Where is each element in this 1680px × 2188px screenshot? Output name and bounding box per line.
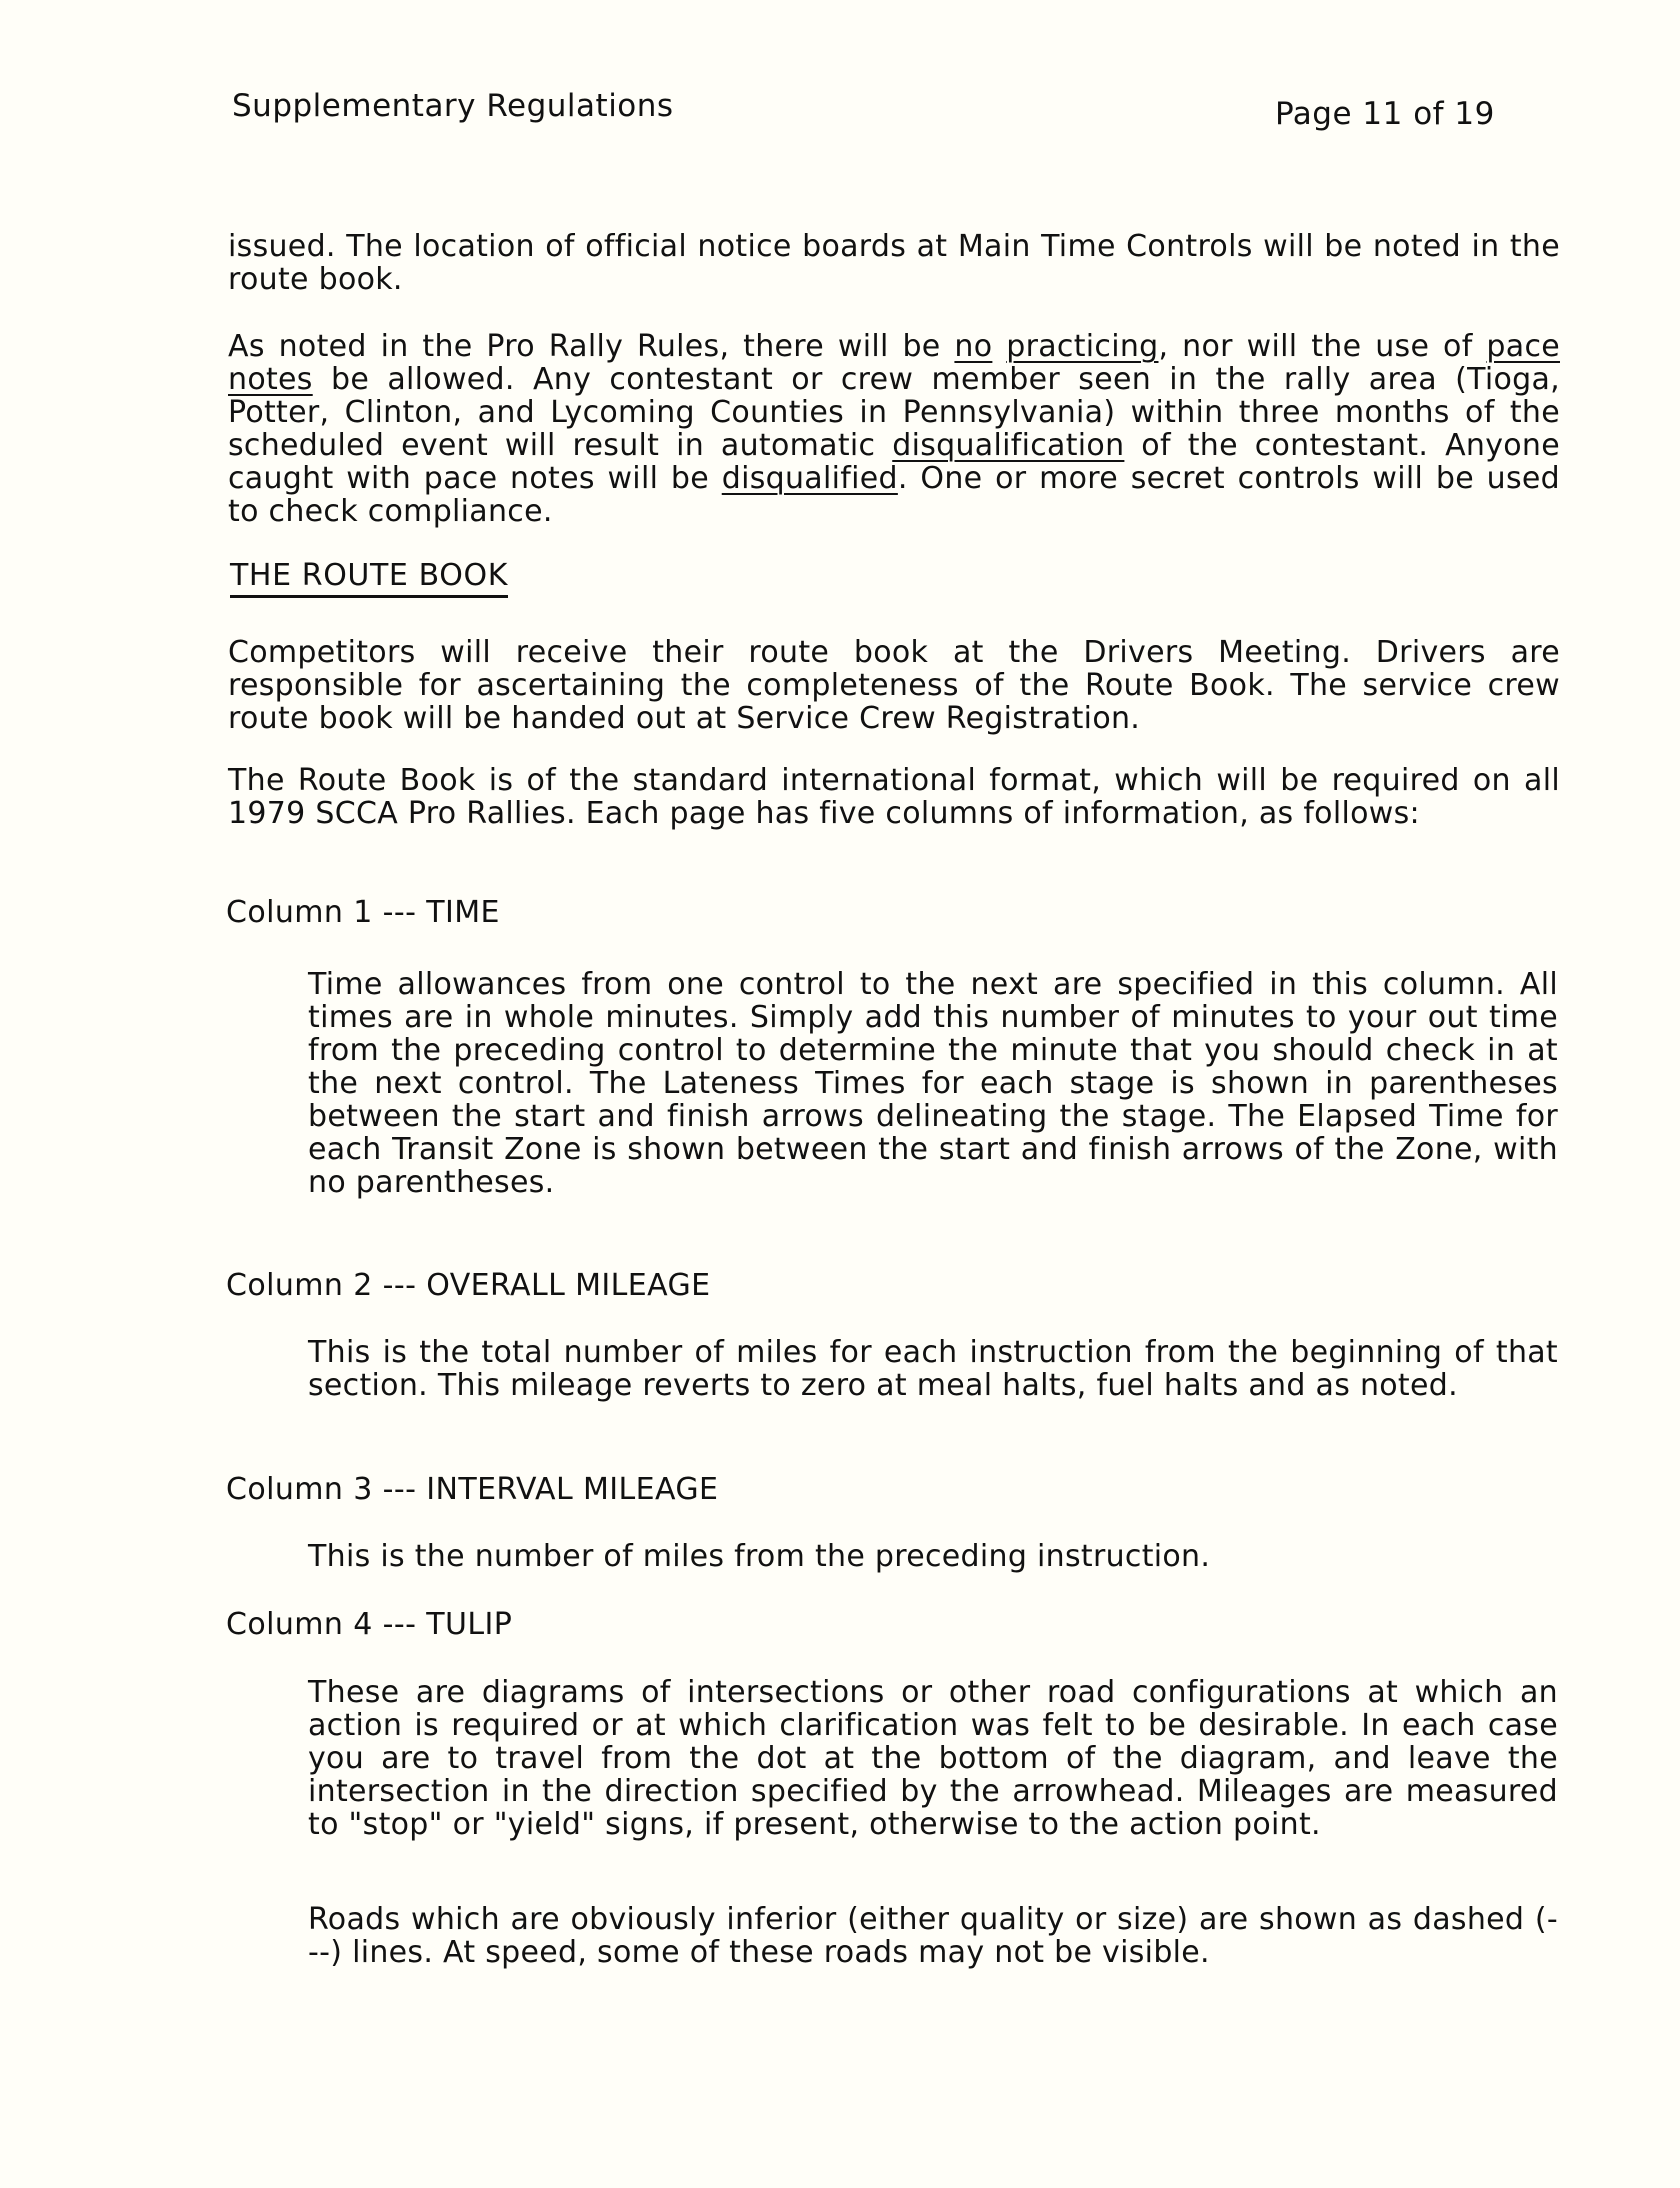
underlined-disqualification: disqualification <box>892 428 1124 463</box>
text-run: As noted in the Pro Rally Rules, there w… <box>228 329 954 364</box>
section-heading-route-book: THE ROUTE BOOK <box>230 558 508 598</box>
paragraph-notice-boards: issued. The location of official notice … <box>228 230 1560 296</box>
column-4-heading: Column 4 --- TULIP <box>226 1607 512 1642</box>
paragraph-practicing: As noted in the Pro Rally Rules, there w… <box>228 330 1560 528</box>
column-2-heading: Column 2 --- OVERALL MILEAGE <box>226 1268 711 1303</box>
page-number: Page 11 of 19 <box>1275 96 1495 132</box>
document-title: Supplementary Regulations <box>232 88 674 124</box>
underlined-disqualified: disqualified <box>722 461 898 496</box>
column-1-description: Time allowances from one control to the … <box>308 968 1558 1199</box>
document-page: Supplementary Regulations Page 11 of 19 … <box>0 0 1680 2188</box>
column-1-heading: Column 1 --- TIME <box>226 895 500 930</box>
paragraph-route-book-intro: Competitors will receive their route boo… <box>228 636 1560 735</box>
column-4-dashed-roads-note: Roads which are obviously inferior (eith… <box>308 1903 1558 1969</box>
column-4-description: These are diagrams of intersections or o… <box>308 1676 1558 1841</box>
underlined-no: no <box>954 329 992 364</box>
text-run: , nor will the use of <box>1159 329 1487 364</box>
column-3-heading: Column 3 --- INTERVAL MILEAGE <box>226 1472 718 1507</box>
paragraph-route-book-format: The Route Book is of the standard intern… <box>228 764 1560 830</box>
text-run <box>992 329 1006 364</box>
column-3-description: This is the number of miles from the pre… <box>308 1540 1558 1573</box>
column-2-description: This is the total number of miles for ea… <box>308 1336 1558 1402</box>
underlined-practicing: practicing <box>1006 329 1158 364</box>
